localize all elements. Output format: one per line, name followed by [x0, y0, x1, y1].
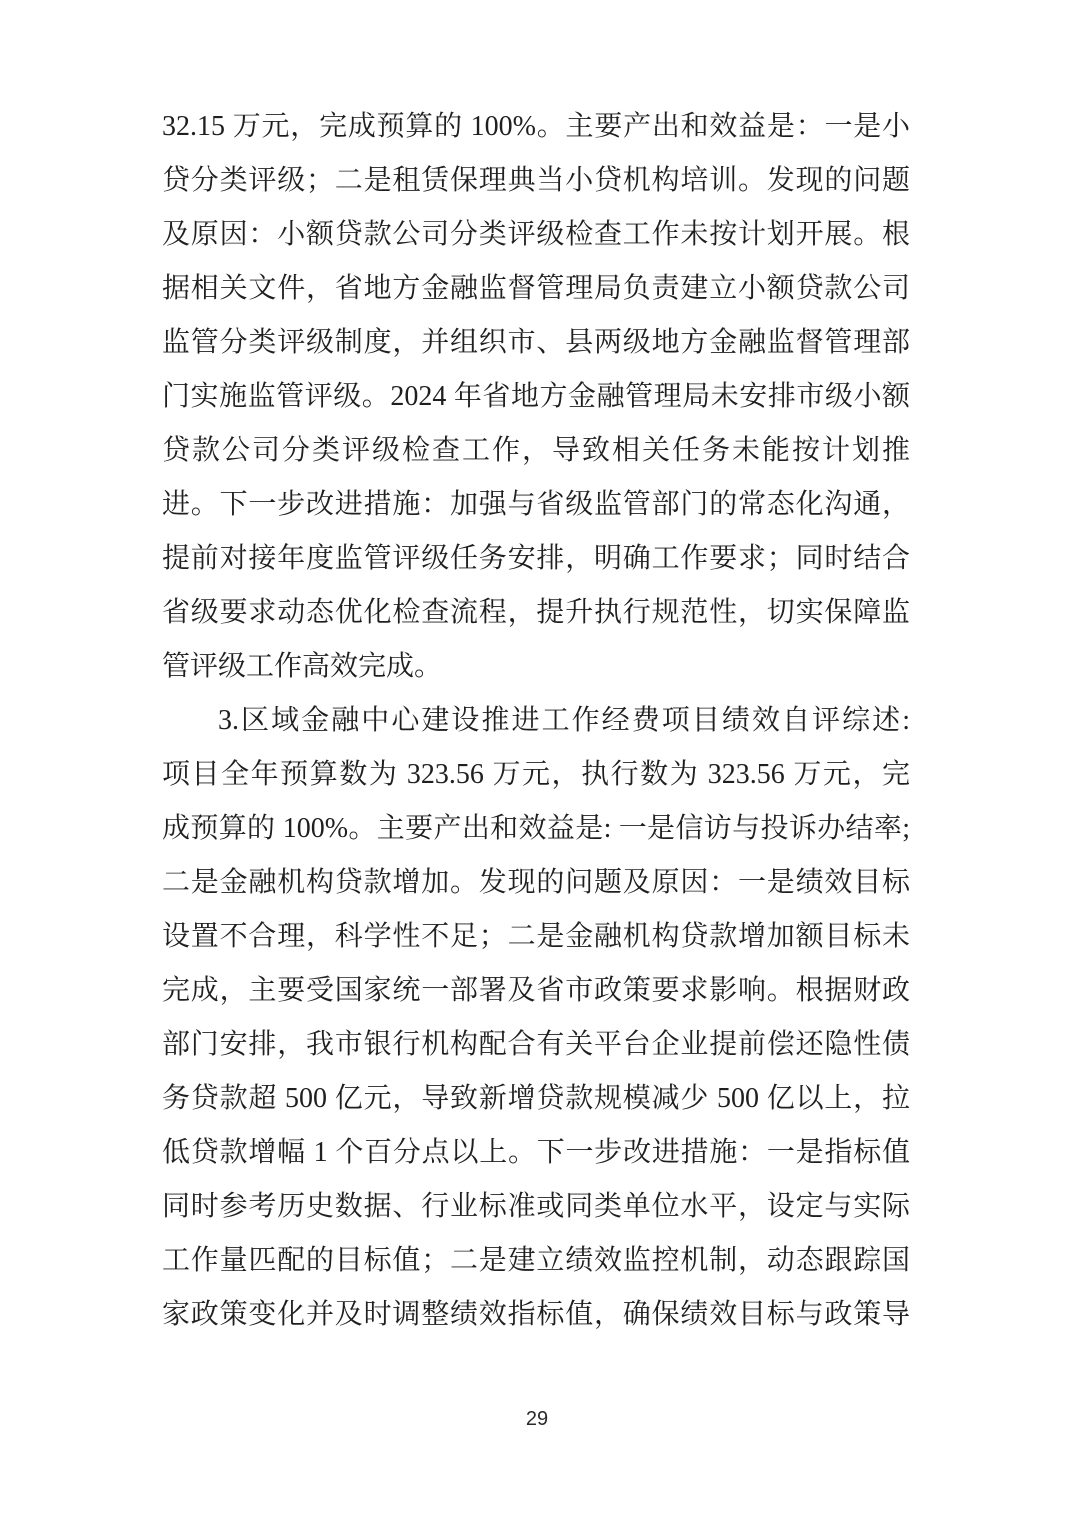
- text-line: 低贷款增幅 1 个百分点以上。下一步改进措施：一是指标值: [162, 1126, 910, 1180]
- text-line: 3.区域金融中心建设推进工作经费项目绩效自评综述:: [162, 694, 910, 748]
- text-line: 据相关文件，省地方金融监督管理局负责建立小额贷款公司: [162, 262, 910, 316]
- body-text: 32.15 万元，完成预算的 100%。主要产出和效益是：一是小贷分类评级；二是…: [162, 100, 910, 1342]
- text-line: 提前对接年度监管评级任务安排，明确工作要求；同时结合: [162, 532, 910, 586]
- text-line: 贷款公司分类评级检查工作，导致相关任务未能按计划推: [162, 424, 910, 478]
- text-line: 部门安排，我市银行机构配合有关平台企业提前偿还隐性债: [162, 1018, 910, 1072]
- text-line: 监管分类评级制度，并组织市、县两级地方金融监督管理部: [162, 316, 910, 370]
- text-line: 设置不合理，科学性不足；二是金融机构贷款增加额目标未: [162, 910, 910, 964]
- text-line: 及原因：小额贷款公司分类评级检查工作未按计划开展。根: [162, 208, 910, 262]
- document-page: 32.15 万元，完成预算的 100%。主要产出和效益是：一是小贷分类评级；二是…: [0, 0, 1074, 1520]
- text-line: 二是金融机构贷款增加。发现的问题及原因：一是绩效目标: [162, 856, 910, 910]
- text-line: 门实施监管评级。2024 年省地方金融管理局未安排市级小额: [162, 370, 910, 424]
- text-line: 省级要求动态优化检查流程，提升执行规范性，切实保障监: [162, 586, 910, 640]
- text-line: 32.15 万元，完成预算的 100%。主要产出和效益是：一是小: [162, 100, 910, 154]
- text-line: 成预算的 100%。主要产出和效益是: 一是信访与投诉办结率;: [162, 802, 910, 856]
- text-line: 同时参考历史数据、行业标准或同类单位水平，设定与实际: [162, 1180, 910, 1234]
- text-line: 务贷款超 500 亿元，导致新增贷款规模减少 500 亿以上，拉: [162, 1072, 910, 1126]
- text-line: 贷分类评级；二是租赁保理典当小贷机构培训。发现的问题: [162, 154, 910, 208]
- text-line: 完成，主要受国家统一部署及省市政策要求影响。根据财政: [162, 964, 910, 1018]
- text-line: 进。下一步改进措施：加强与省级监管部门的常态化沟通，: [162, 478, 910, 532]
- text-line: 工作量匹配的目标值；二是建立绩效监控机制，动态跟踪国: [162, 1234, 910, 1288]
- text-line: 家政策变化并及时调整绩效指标值，确保绩效目标与政策导: [162, 1288, 910, 1342]
- page-number: 29: [0, 1406, 1074, 1432]
- text-line: 管评级工作高效完成。: [162, 640, 910, 694]
- text-line: 项目全年预算数为 323.56 万元，执行数为 323.56 万元，完: [162, 748, 910, 802]
